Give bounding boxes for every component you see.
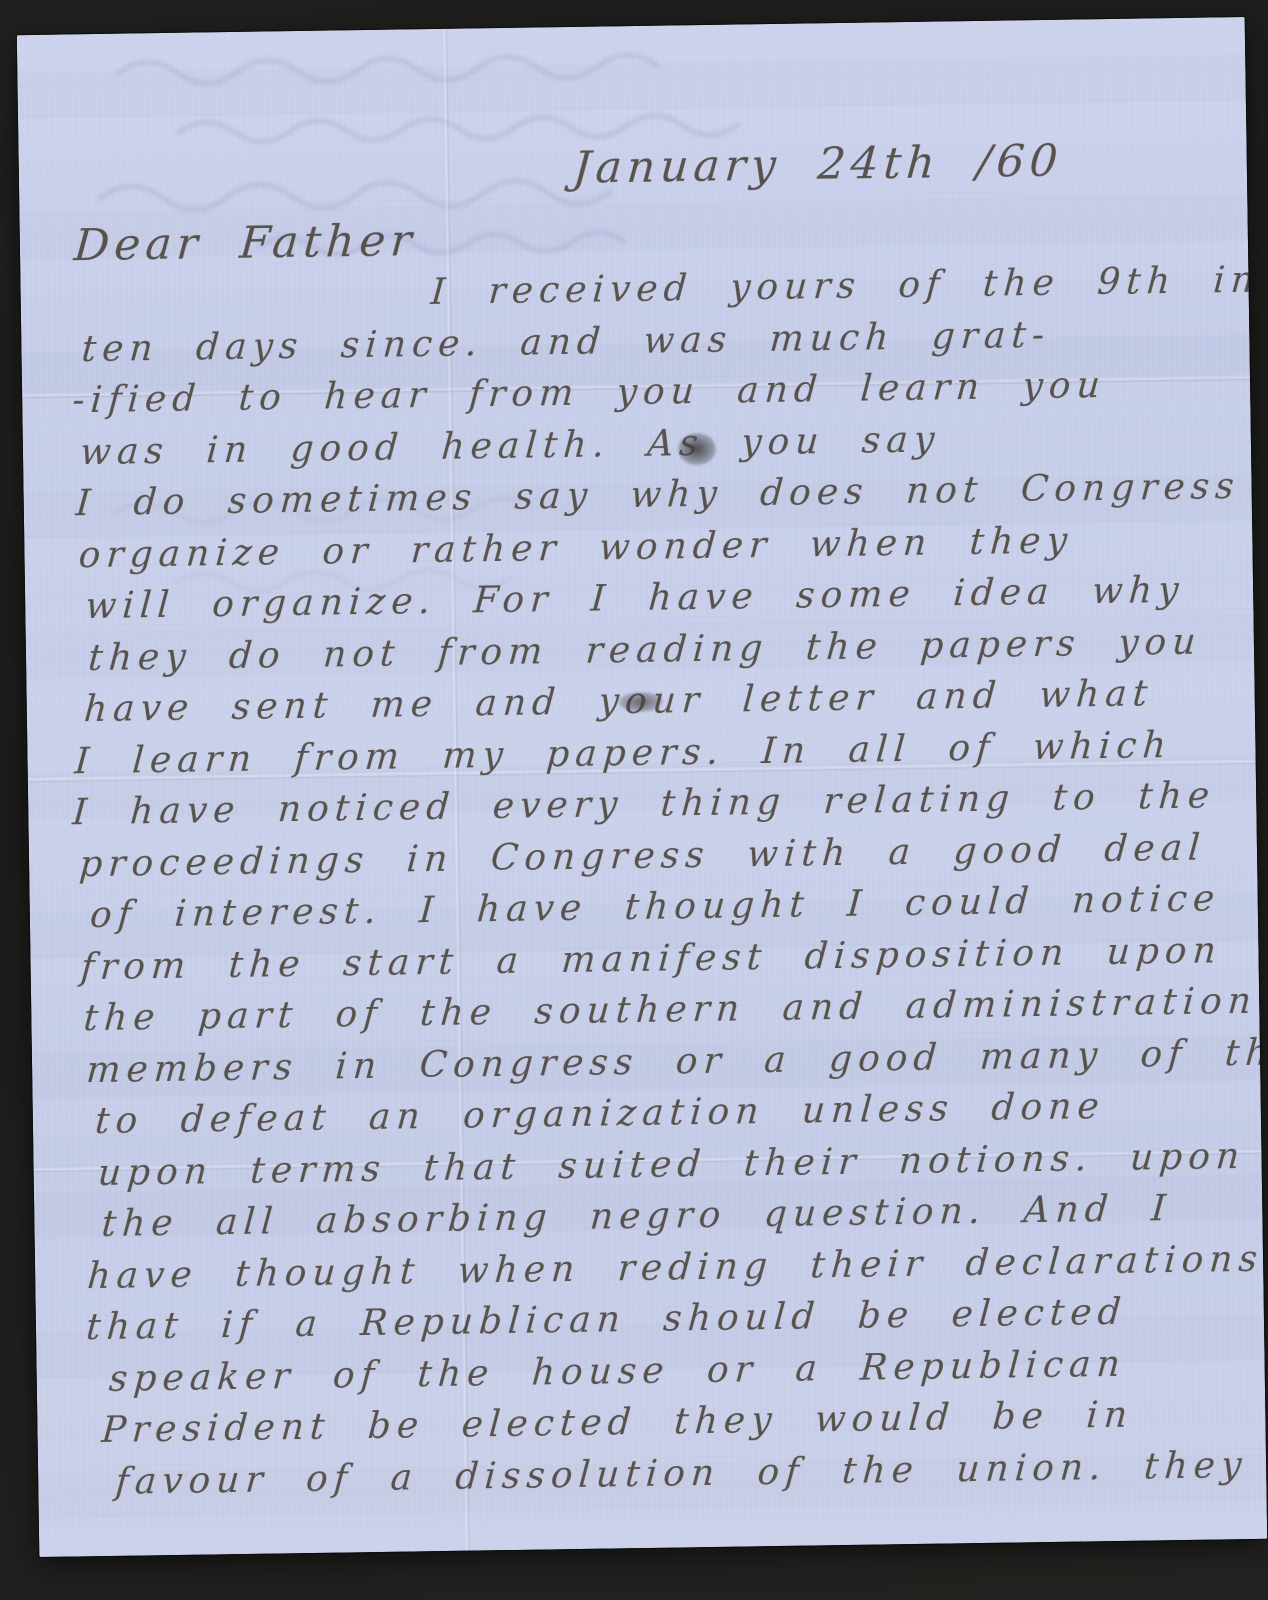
letter-date: January 24th /60 xyxy=(571,136,1064,194)
letter-body: I received yours of the 9th inst ten day… xyxy=(62,255,1267,1509)
photo-backdrop: January 24th /60 Dear Father I received … xyxy=(0,0,1268,1600)
letter-paper: January 24th /60 Dear Father I received … xyxy=(17,17,1267,1557)
letter-salutation: Dear Father xyxy=(72,215,418,271)
